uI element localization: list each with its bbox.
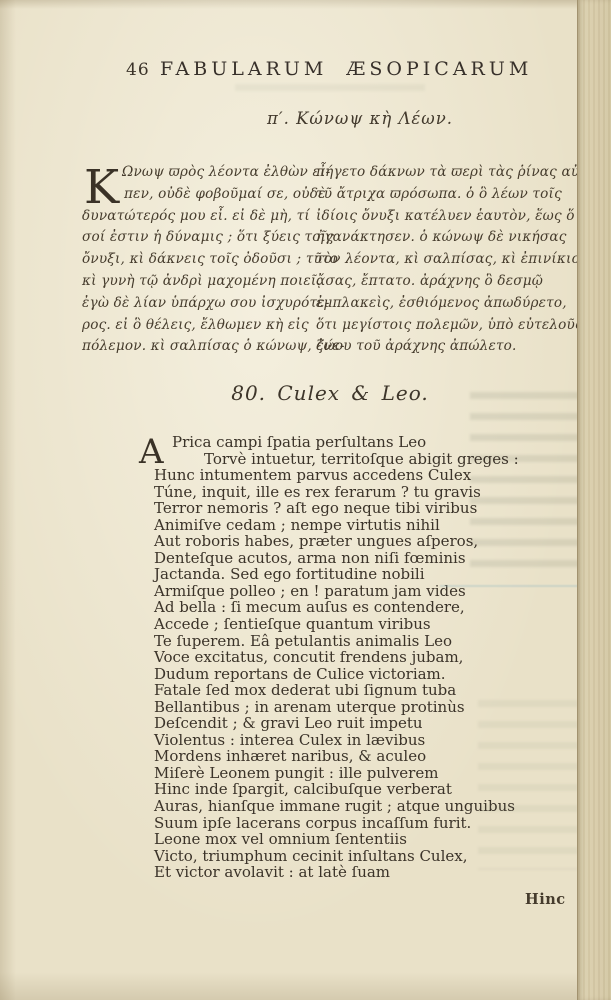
latin-verse-line: Aut roboris habes, præter ungues aſperos… <box>154 533 514 550</box>
greek-text-line: πόλεμον. κὶ σαλπίσας ὁ κώνωψ, ἐνε- <box>82 336 314 358</box>
greek-text-line: σοί ἐστιν ἡ δύναμις ; ὅτι ξύεις τοῖς <box>82 227 314 249</box>
latin-verse-line: Prica campi ſpatia perſultans Leo <box>154 434 514 451</box>
running-title: FABULARUM ÆSOPICARUM <box>160 58 530 80</box>
greek-text-line: Ωνωψ ϖρὸς λέοντα ἐλθὼν εἶ- <box>82 162 314 184</box>
greek-text-line: ὅτι μεγίστοις πολεμῶν, ὑπὸ εὐτελοῦς <box>316 315 552 337</box>
catchword: Hinc <box>525 891 566 908</box>
latin-verse-line: Voce excitatus, concutit frendens jubam, <box>154 649 514 666</box>
latin-verse-line: Suum ipſe lacerans corpus incaſſum furit… <box>154 815 514 832</box>
greek-text-line: ἰδίοις ὄνυξι κατέλυεν ἑαυτὸν, ἕως ὅ <box>316 206 552 228</box>
greek-text-line: ζώου τοῦ ἀράχνης ἀπώλετο. <box>316 336 552 358</box>
greek-text-line: δυνατώτερός μου εἶ. εἰ δὲ μὴ, τί <box>82 206 314 228</box>
greek-text-line: ρος. εἰ ὃ θέλεις, ἔλθωμεν κὴ εἰς <box>82 315 314 337</box>
latin-verse-line: Bellantibus ; in arenam uterque protinùs <box>154 699 514 716</box>
latin-verse-line: Ad bella : ſi mecum auſus es contendere, <box>154 599 514 616</box>
greek-text-line: ἐγὼ δὲ λίαν ὑπάρχω σου ἰσχυρότε- <box>82 293 314 315</box>
latin-fable-heading: 80. Culex & Leo. <box>100 381 560 405</box>
greek-text-line: κὶ γυνὴ τῷ ἀνδρὶ μαχομένη ποιεῖ. <box>82 271 314 293</box>
latin-verse-line: Auras, hianſque immane rugit ; atque ung… <box>154 798 514 815</box>
latin-verse-line: Leone mox vel omnium ſententiis <box>154 831 514 848</box>
greek-text-line: ἠγανάκτησεν. ὁ κώνωψ δὲ νικήσας <box>316 227 552 249</box>
greek-text-line: ἐμπλακεὶς, ἐσθιόμενος ἀπωδύρετο, <box>316 293 552 315</box>
latin-verse-line: Violentus : interea Culex in lævibus <box>154 732 514 749</box>
greek-right-column: πήγετο δάκνων τὰ ϖερὶ τὰς ῥίνας αὐ-τῦ ἄτ… <box>316 162 552 358</box>
page-fore-edge <box>577 0 611 1000</box>
latin-verse-line: Et victor avolavit : at latè ſuam <box>154 864 514 881</box>
latin-verse-line: Hinc inde ſpargit, calcibuſque verberat <box>154 781 514 798</box>
latin-verse-line: Victo, triumphum cecinit inſultans Culex… <box>154 848 514 865</box>
latin-verse-line: Mordens inhæret naribus, & aculeo <box>154 748 514 765</box>
latin-verse-line: Torvè intuetur, territoſque abigit grege… <box>154 451 514 468</box>
scanned-book-page: 46 FABULARUM ÆSOPICARUM π′. Κώνωψ κὴ Λέω… <box>0 0 611 1000</box>
greek-text-line: πήγετο δάκνων τὰ ϖερὶ τὰς ῥίνας αὐ- <box>316 162 552 184</box>
greek-text-line: ᾄσας, ἔπτατο. ἀράχνης ὃ δεσμῷ <box>316 271 552 293</box>
latin-verse-line: Fatale ſed mox dederat ubi ſignum tuba <box>154 682 514 699</box>
greek-text-line: πεν, οὐδὲ φοβοῦμαί σε, οὐδὲ <box>82 184 314 206</box>
latin-verse-line: Dudum reportans de Culice victoriam. <box>154 666 514 683</box>
latin-verse-line: Deſcendit ; & gravi Leo ruit impetu <box>154 715 514 732</box>
greek-text-line: ὄνυξι, κὶ δάκνεις τοῖς ὀδοῦσι ; τῦτο <box>82 249 314 271</box>
latin-verse-line: Accede ; ſentieſque quantum viribus <box>154 616 514 633</box>
latin-verse-line: Túne, inquit, ille es rex ferarum ? tu g… <box>154 484 514 501</box>
scan-artifact-line <box>440 585 582 587</box>
latin-verse-line: Terror nemoris ? aſt ego neque tibi viri… <box>154 500 514 517</box>
latin-verse-line: Te ſuperem. Eâ petulantis animalis Leo <box>154 633 514 650</box>
latin-verse-line: Miſerè Leonem pungit : ille pulverem <box>154 765 514 782</box>
greek-text-line: τῦ ἄτριχα ϖρόσωπα. ὁ ὃ λέων τοῖς <box>316 184 552 206</box>
latin-verse-line: Hunc intumentem parvus accedens Culex <box>154 467 514 484</box>
latin-verse-line: Animiſve cedam ; nempe virtutis nihil <box>154 517 514 534</box>
latin-verse-line: Jactanda. Sed ego fortitudine nobili <box>154 566 514 583</box>
latin-verse-line: Denteſque acutos, arma non niſi fœminis <box>154 550 514 567</box>
greek-fable-title: π′. Κώνωψ κὴ Λέων. <box>130 109 590 128</box>
latin-verse-block: Prica campi ſpatia perſultans LeoTorvè i… <box>154 434 514 881</box>
greek-text-line: τὸν λέοντα, κὶ σαλπίσας, κὶ ἐπινίκιον <box>316 249 552 271</box>
page-number: 46 <box>126 60 150 80</box>
bleedthrough-ghost <box>235 84 425 98</box>
greek-left-column: Ωνωψ ϖρὸς λέοντα ἐλθὼν εἶ-πεν, οὐδὲ φοβο… <box>82 162 314 358</box>
